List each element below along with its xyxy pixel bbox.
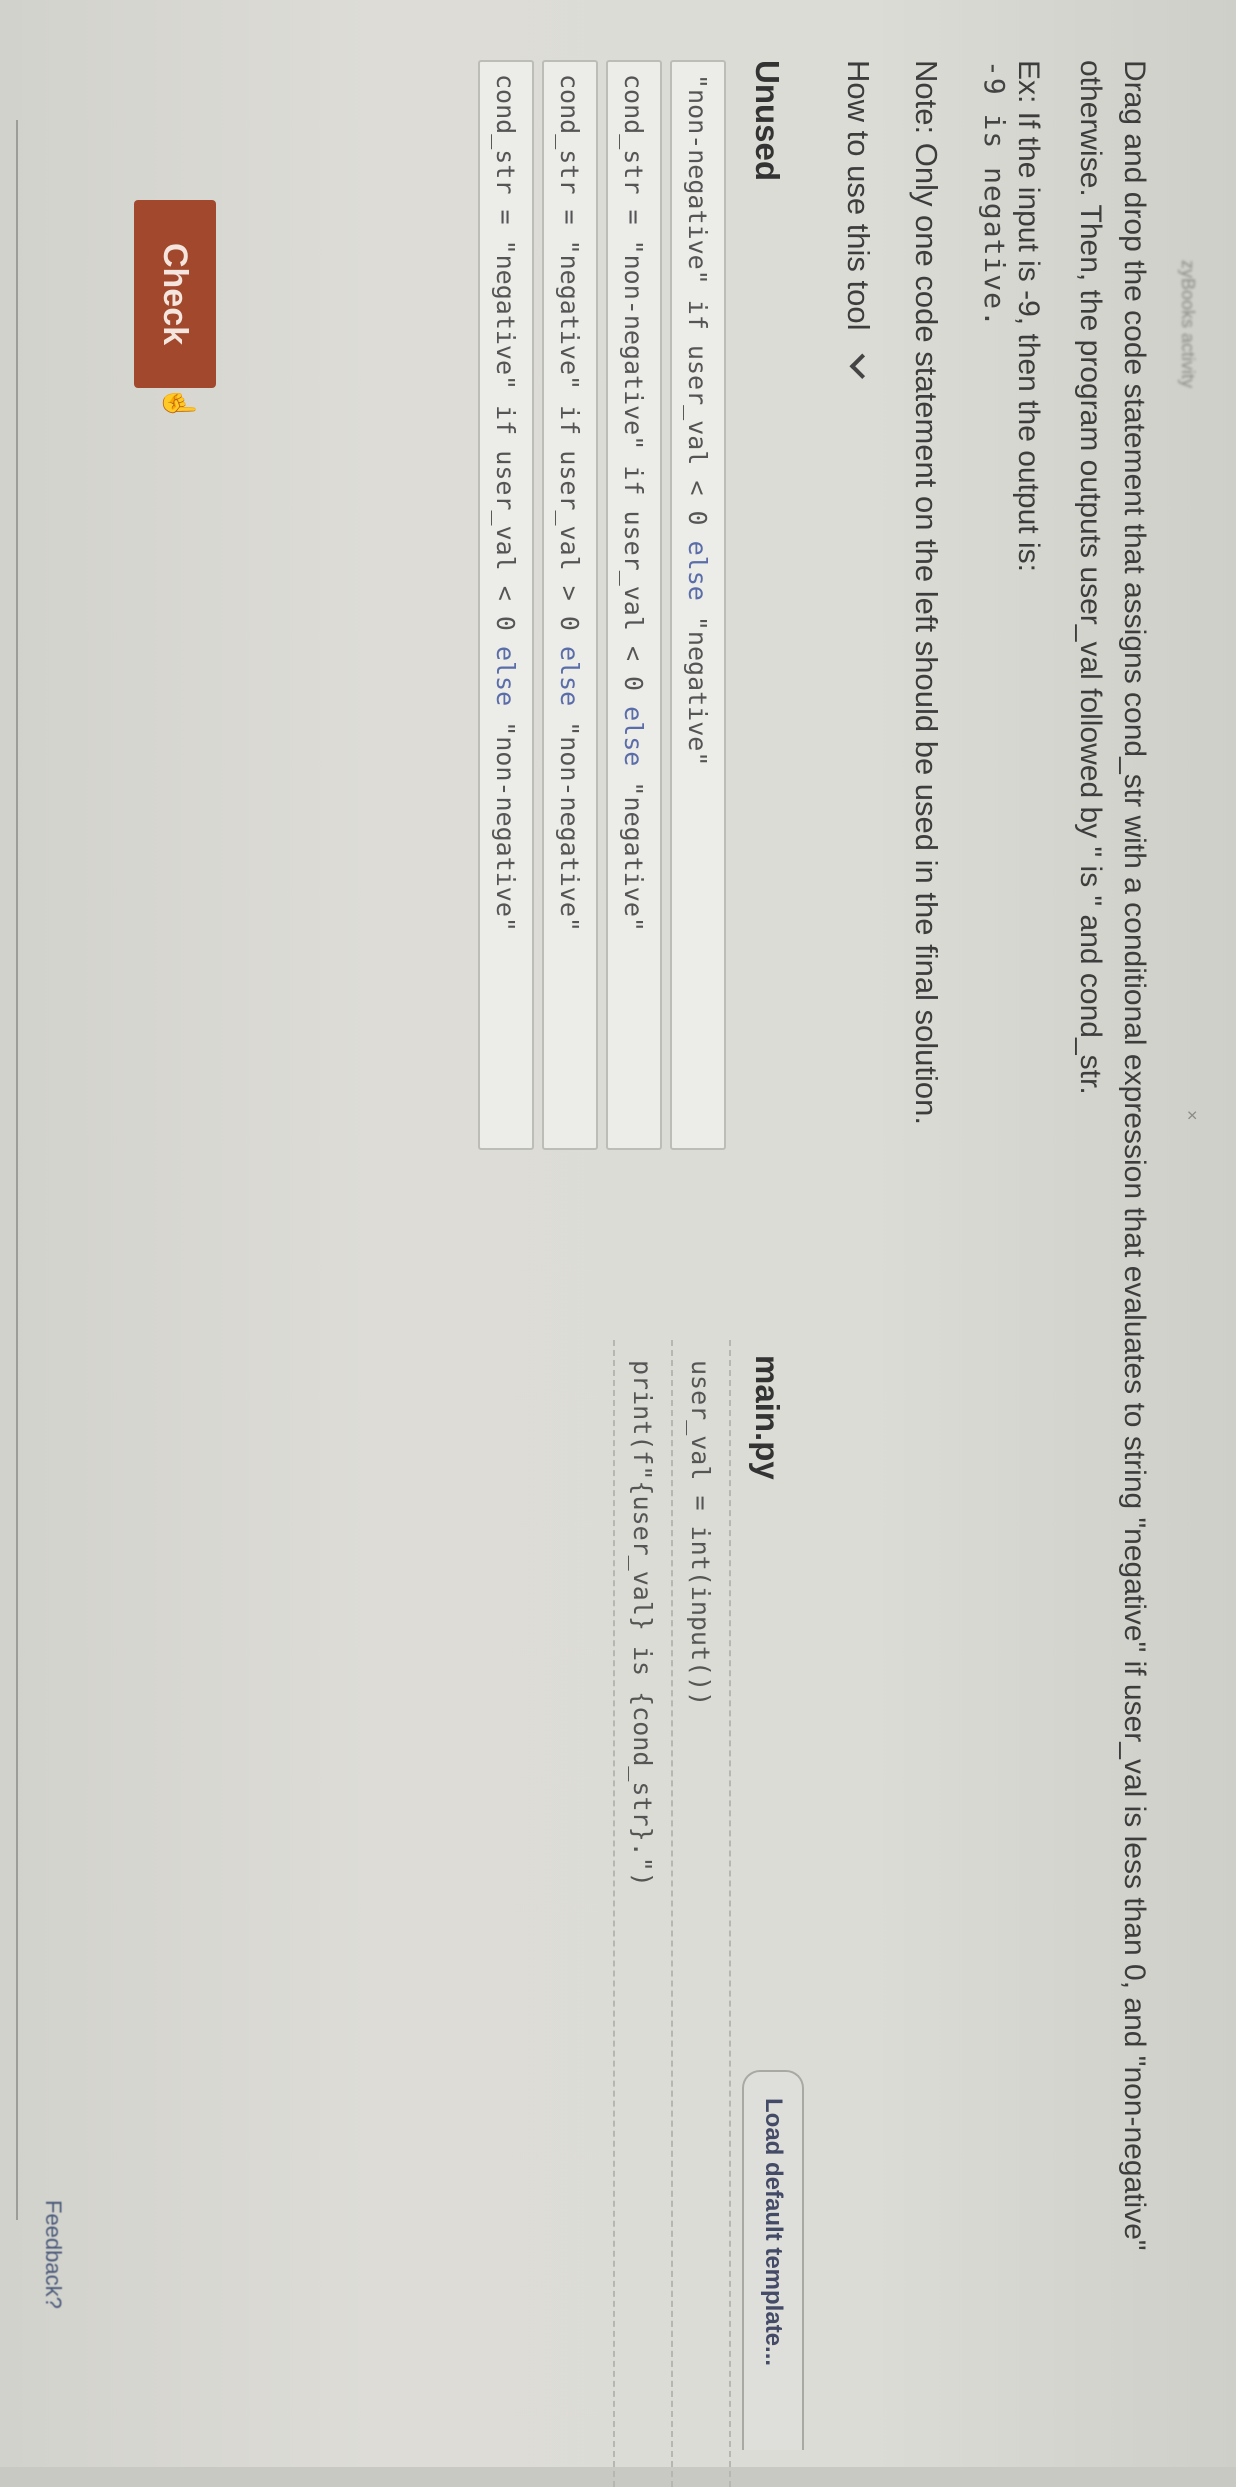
main-py-drop-area[interactable]: user_val = int(input()) print(f"{user_va…: [31, 1340, 731, 2467]
instructions: Drag and drop the code statement that as…: [1006, 60, 1156, 2310]
unused-heading: Unused: [748, 60, 786, 181]
code-line[interactable]: print(f"{user_val} is {cond_str}."): [613, 1340, 673, 2467]
check-button[interactable]: Check: [134, 200, 216, 388]
code-block[interactable]: cond_str = "non-negative" if user_val < …: [606, 60, 662, 1150]
code-block[interactable]: cond_str = "negative" if user_val < 0 el…: [478, 60, 534, 1150]
activity-breadcrumb: zyBooks activity: [1177, 260, 1198, 388]
instruction-text: Drag and drop the code statement that as…: [1068, 60, 1156, 2310]
load-default-template-button[interactable]: Load default template...: [742, 2070, 804, 2450]
code-block[interactable]: cond_str = "negative" if user_val > 0 el…: [542, 60, 598, 1150]
activity-page: zyBooks activity × Drag and drop the cod…: [0, 0, 1236, 2467]
how-to-use-toggle[interactable]: How to use this tool: [840, 60, 876, 371]
example-text: Ex: If the input is -9, then the output …: [1006, 60, 1050, 2310]
unused-blocks: "non-negative" if user_val < 0 else "neg…: [478, 60, 726, 1150]
close-icon[interactable]: ×: [1181, 1110, 1202, 1121]
example-output: -9 is negative.: [978, 60, 1011, 328]
code-line[interactable]: user_val = int(input()): [671, 1340, 731, 2467]
main-py-heading: main.py: [748, 1355, 786, 1480]
chevron-down-icon: [850, 353, 875, 378]
code-block[interactable]: "non-negative" if user_val < 0 else "neg…: [670, 60, 726, 1150]
feedback-link[interactable]: Feedback?: [40, 2200, 66, 2309]
hand-cursor-icon: ☝: [161, 385, 196, 422]
how-to-use-label: How to use this tool: [840, 60, 876, 331]
divider: [16, 120, 18, 2220]
note-text: Note: Only one code statement on the lef…: [908, 60, 944, 1125]
